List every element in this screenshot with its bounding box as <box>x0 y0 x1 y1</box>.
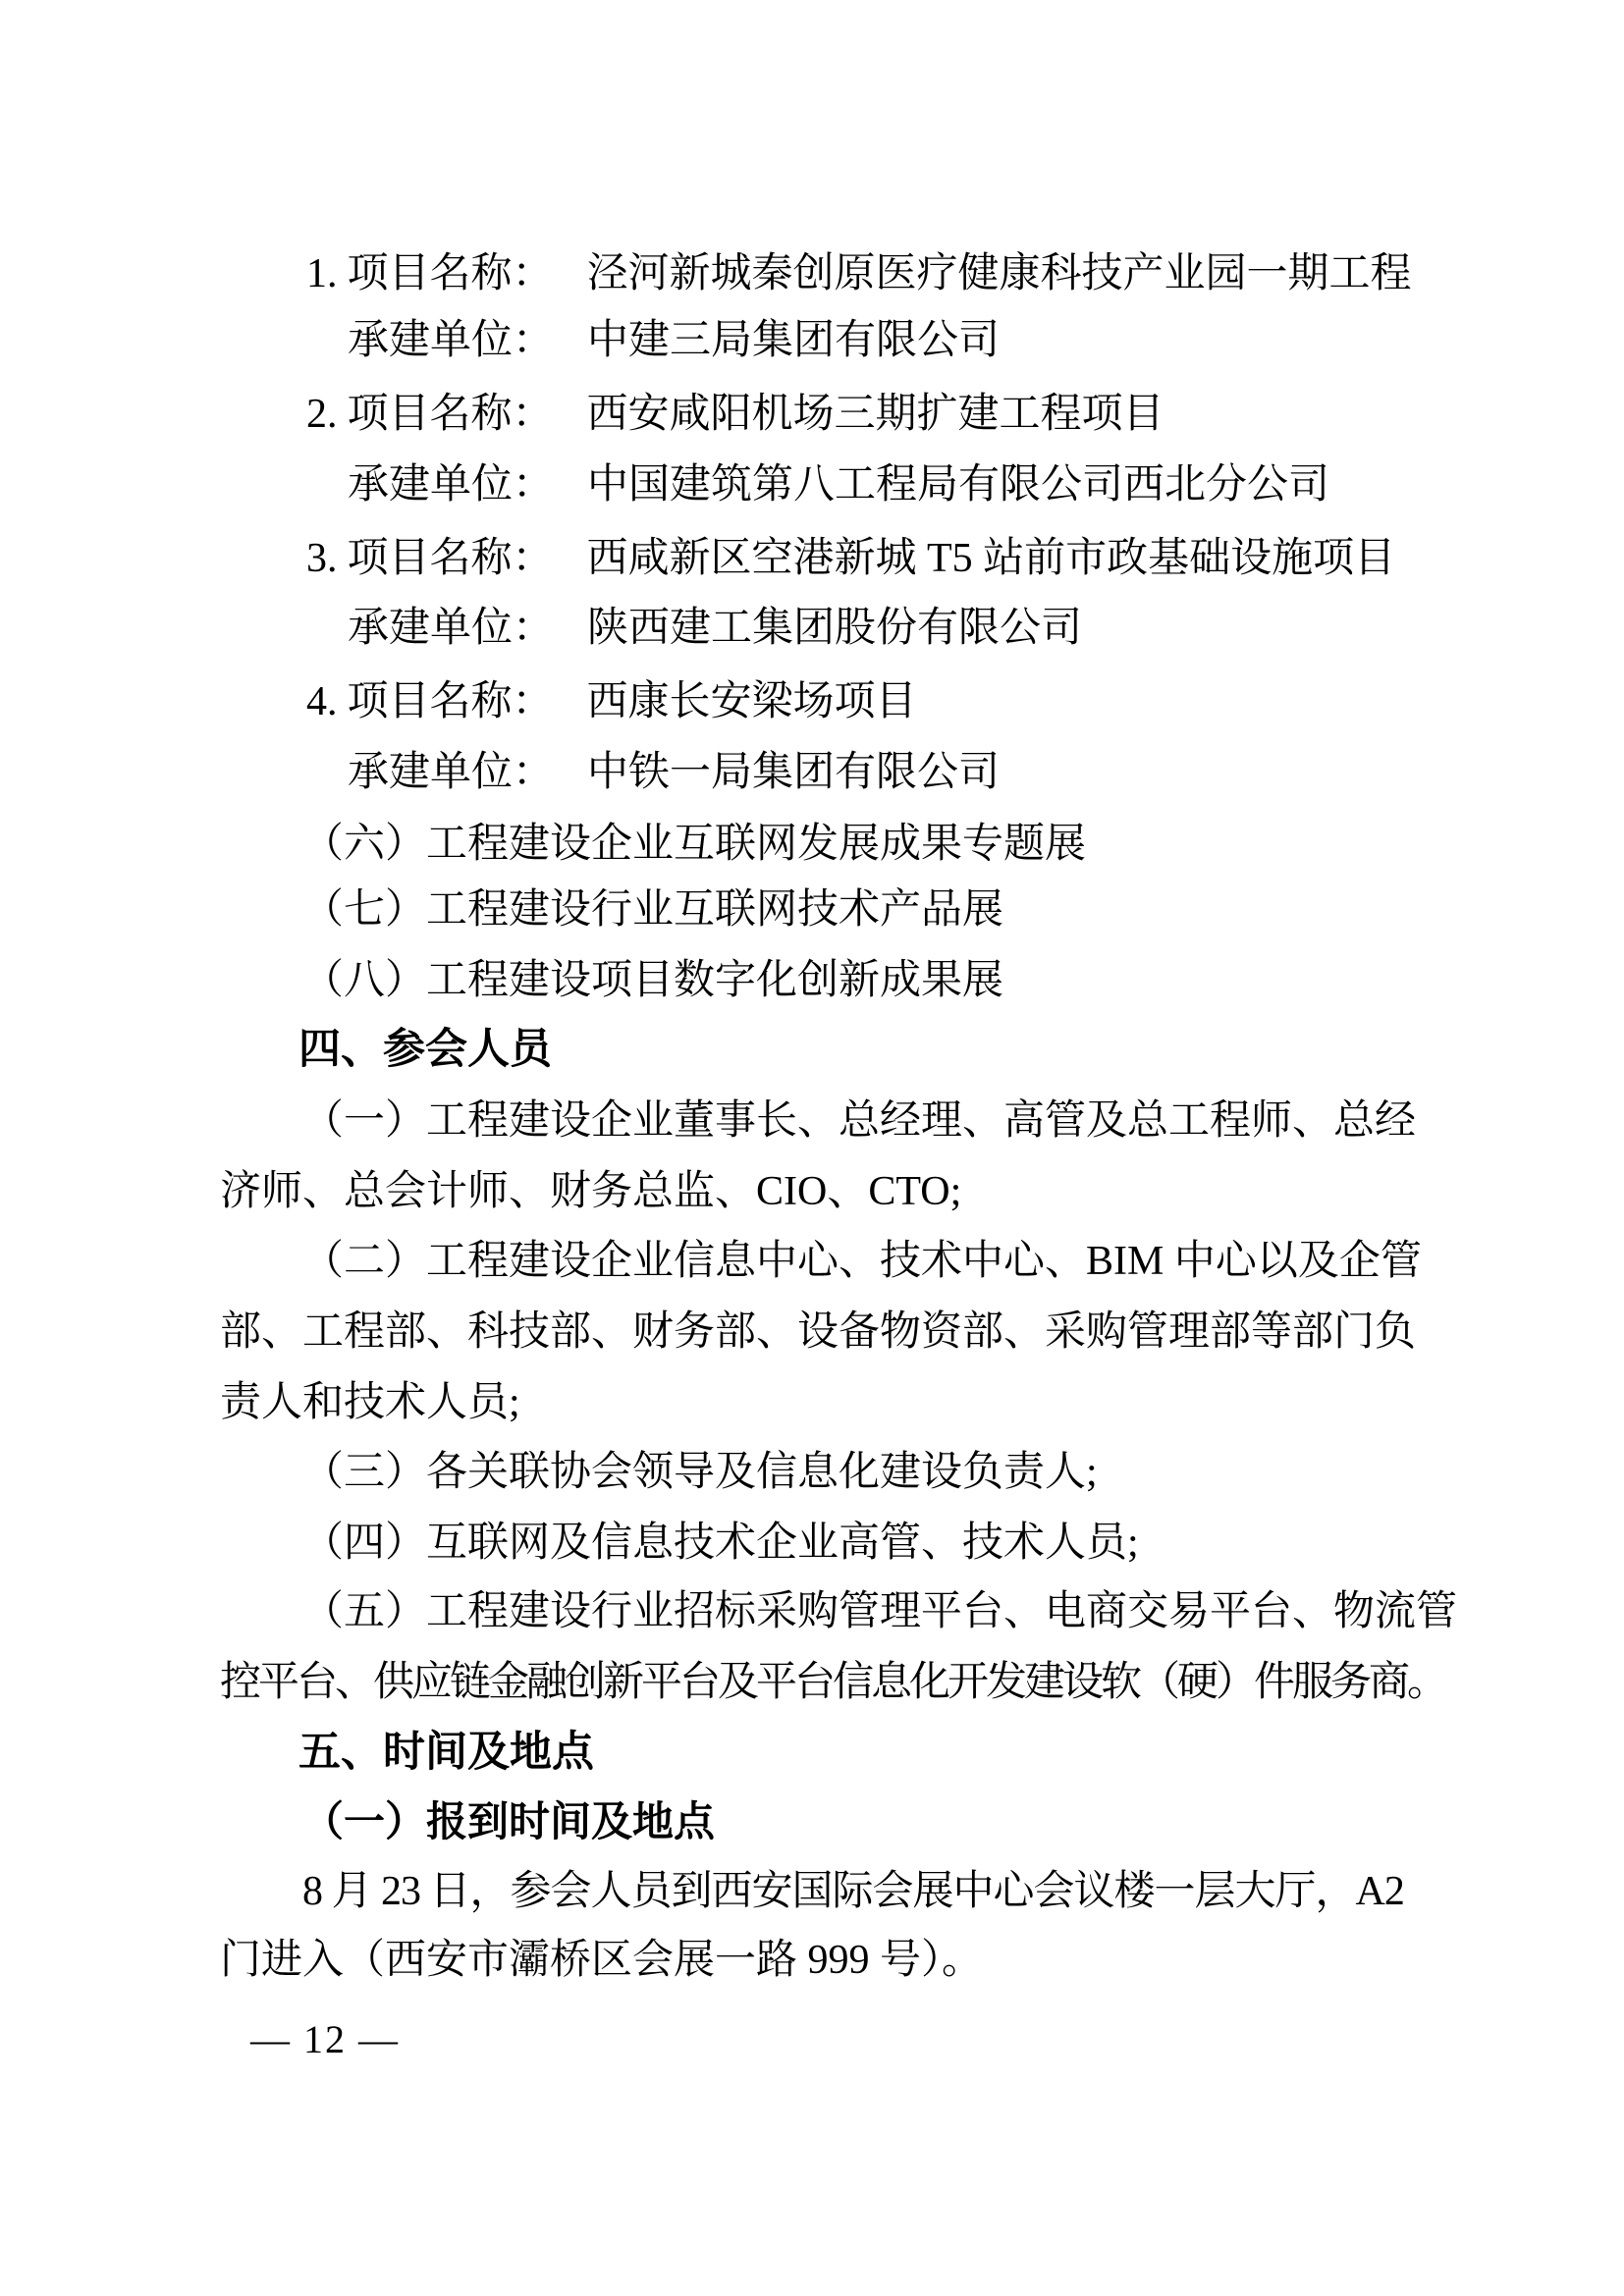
participants-para-1-line-1: （一）工程建设企业董事长、总经理、高管及总工程师、总经 <box>220 1090 1414 1152</box>
page-number: — 12 — <box>250 2010 400 2069</box>
participants-para-5-line-1: （五）工程建设行业招标采购管理平台、电商交易平台、物流管 <box>220 1580 1414 1643</box>
exhibition-item-8: （八）工程建设项目数字化创新成果展 <box>220 949 1414 1012</box>
project-2-name-value: 西安咸阳机场三期扩建工程项目 <box>587 392 1164 437</box>
exhibition-item-7: （七）工程建设行业互联网技术产品展 <box>220 879 1414 941</box>
project-name-label: 项目名称： <box>348 251 554 296</box>
participants-para-2-line-2: 部、工程部、科技部、财务部、设备物资部、采购管理部等部门负 <box>220 1301 1414 1363</box>
project-name-label: 项目名称： <box>348 536 554 581</box>
participants-para-2-line-3: 责人和技术人员; <box>220 1371 1414 1434</box>
participants-para-1-line-2: 济师、总会计师、财务总监、CIO、CTO; <box>220 1160 1414 1223</box>
document-page: 1.项目名称：泾河新城秦创原医疗健康科技产业园一期工程 承建单位：中建三局集团有… <box>0 0 1624 2296</box>
section-heading-participants: 四、参会人员 <box>220 1018 1414 1081</box>
project-1-name-line: 1.项目名称：泾河新城秦创原医疗健康科技产业园一期工程 <box>220 242 1414 305</box>
contractor-label: 承建单位： <box>348 462 554 507</box>
checkin-para-line-1: 8 月 23 日，参会人员到西安国际会展中心会议楼一层大厅，A2 <box>220 1860 1414 1923</box>
project-3-name-value: 西咸新区空港新城 T5 站前市政基础设施项目 <box>587 536 1396 581</box>
project-1-contractor-value: 中建三局集团有限公司 <box>587 318 1000 363</box>
project-name-label: 项目名称： <box>348 679 554 724</box>
project-name-label: 项目名称： <box>348 392 554 437</box>
project-4-contractor-value: 中铁一局集团有限公司 <box>587 750 1000 795</box>
participants-para-2-line-1: （二）工程建设企业信息中心、技术中心、BIM 中心以及企管 <box>220 1230 1414 1293</box>
project-1-name-value: 泾河新城秦创原医疗健康科技产业园一期工程 <box>587 251 1412 296</box>
project-4-number: 4. <box>306 679 338 724</box>
participants-para-4: （四）互联网及信息技术企业高管、技术人员; <box>220 1512 1414 1575</box>
project-1-contractor-line: 承建单位：中建三局集团有限公司 <box>220 309 1414 372</box>
project-3-number: 3. <box>306 536 338 581</box>
participants-para-3: （三）各关联协会领导及信息化建设负责人; <box>220 1441 1414 1504</box>
project-2-name-line: 2.项目名称：西安咸阳机场三期扩建工程项目 <box>220 383 1414 446</box>
project-4-name-value: 西康长安梁场项目 <box>587 679 917 724</box>
project-3-contractor-line: 承建单位：陕西建工集团股份有限公司 <box>220 597 1414 660</box>
project-1-number: 1. <box>306 251 338 296</box>
contractor-label: 承建单位： <box>348 606 554 651</box>
exhibition-item-6: （六）工程建设企业互联网发展成果专题展 <box>220 813 1414 876</box>
section-heading-time-place: 五、时间及地点 <box>220 1721 1414 1784</box>
subsection-heading-checkin: （一）报到时间及地点 <box>220 1791 1414 1854</box>
project-4-contractor-line: 承建单位：中铁一局集团有限公司 <box>220 741 1414 804</box>
contractor-label: 承建单位： <box>348 750 554 795</box>
checkin-para-line-2: 门进入（西安市灞桥区会展一路 999 号）。 <box>220 1929 1414 1992</box>
project-2-number: 2. <box>306 392 338 437</box>
project-2-contractor-line: 承建单位：中国建筑第八工程局有限公司西北分公司 <box>220 454 1414 516</box>
participants-para-5-line-2: 控平台、供应链金融创新平台及平台信息化开发建设软（硬）件服务商。 <box>220 1651 1414 1714</box>
contractor-label: 承建单位： <box>348 318 554 363</box>
project-3-name-line: 3.项目名称：西咸新区空港新城 T5 站前市政基础设施项目 <box>220 527 1414 590</box>
project-4-name-line: 4.项目名称：西康长安梁场项目 <box>220 670 1414 733</box>
project-3-contractor-value: 陕西建工集团股份有限公司 <box>587 606 1082 651</box>
project-2-contractor-value: 中国建筑第八工程局有限公司西北分公司 <box>587 462 1329 507</box>
